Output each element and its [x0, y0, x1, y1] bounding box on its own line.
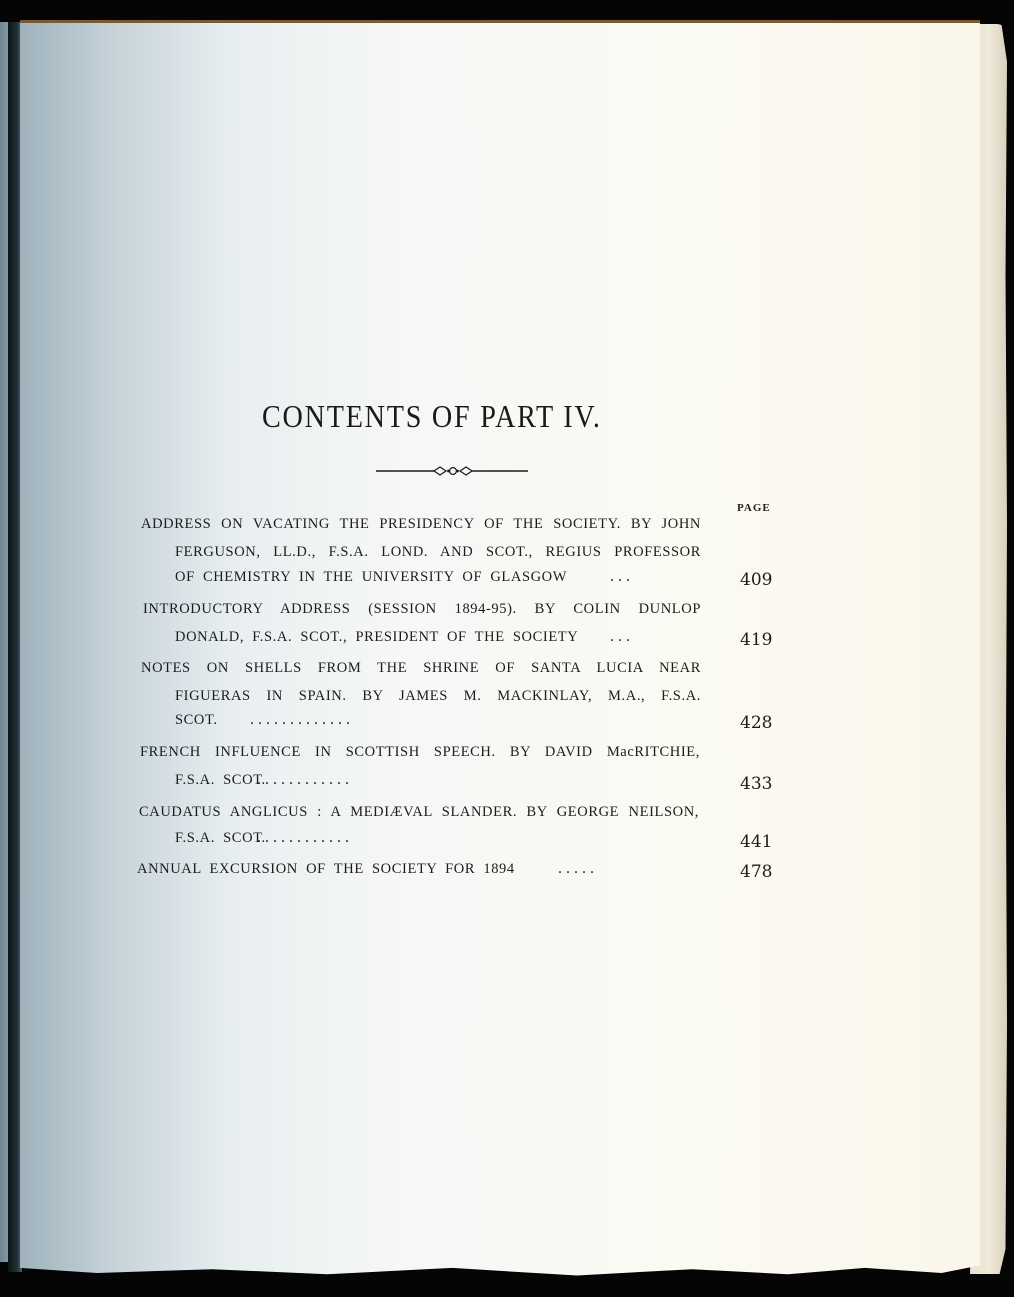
- page-number: 419: [740, 630, 780, 650]
- page-number: 478: [740, 862, 780, 882]
- page-number: 409: [740, 570, 780, 590]
- toc-entry-line: INTRODUCTORY ADDRESS (SESSION 1894-95). …: [143, 601, 701, 618]
- toc-entry-line: SCOT.: [175, 712, 218, 729]
- toc-entry-line: F.S.A. SCOT.: [175, 772, 266, 789]
- book-gutter: [8, 22, 22, 1272]
- toc-entry-line: CAUDATUS ANGLICUS : A MEDIÆVAL SLANDER. …: [139, 804, 699, 821]
- dot-leader: . . . . . . . . . . . .: [257, 771, 349, 789]
- dot-leader: . . . . . . . . . . . . .: [250, 711, 350, 729]
- toc-entry-line: OF CHEMISTRY IN THE UNIVERSITY OF GLASGO…: [175, 569, 567, 586]
- toc-entry-line: FERGUSON, LL.D., F.S.A. LOND. AND SCOT.,…: [175, 544, 701, 561]
- page-column-header: PAGE: [737, 502, 771, 514]
- dot-leader: . . .: [610, 568, 630, 586]
- dot-leader: . . .: [610, 628, 630, 646]
- toc-entry-line: NOTES ON SHELLS FROM THE SHRINE OF SANTA…: [141, 660, 701, 677]
- page-title: CONTENTS OF PART IV.: [262, 398, 602, 435]
- toc-entry-line: ADDRESS ON VACATING THE PRESIDENCY OF TH…: [141, 516, 701, 533]
- ornamental-rule-icon: [376, 463, 528, 479]
- toc-entry-line: FIGUERAS IN SPAIN. BY JAMES M. MACKINLAY…: [175, 688, 701, 705]
- dot-leader: . . . . . . . . . . . .: [257, 829, 349, 847]
- page-number: 428: [740, 713, 780, 733]
- page-number: 433: [740, 774, 780, 794]
- page-number: 441: [740, 832, 780, 852]
- toc-entry-line: ANNUAL EXCURSION OF THE SOCIETY FOR 1894: [137, 861, 515, 878]
- toc-entry-line: F.S.A. SCOT.: [175, 830, 266, 847]
- dot-leader: . . . . .: [558, 860, 594, 878]
- toc-entry-line: DONALD, F.S.A. SCOT., PRESIDENT OF THE S…: [175, 629, 578, 646]
- book-page: [20, 20, 980, 1278]
- toc-entry-line: FRENCH INFLUENCE IN SCOTTISH SPEECH. BY …: [140, 744, 700, 761]
